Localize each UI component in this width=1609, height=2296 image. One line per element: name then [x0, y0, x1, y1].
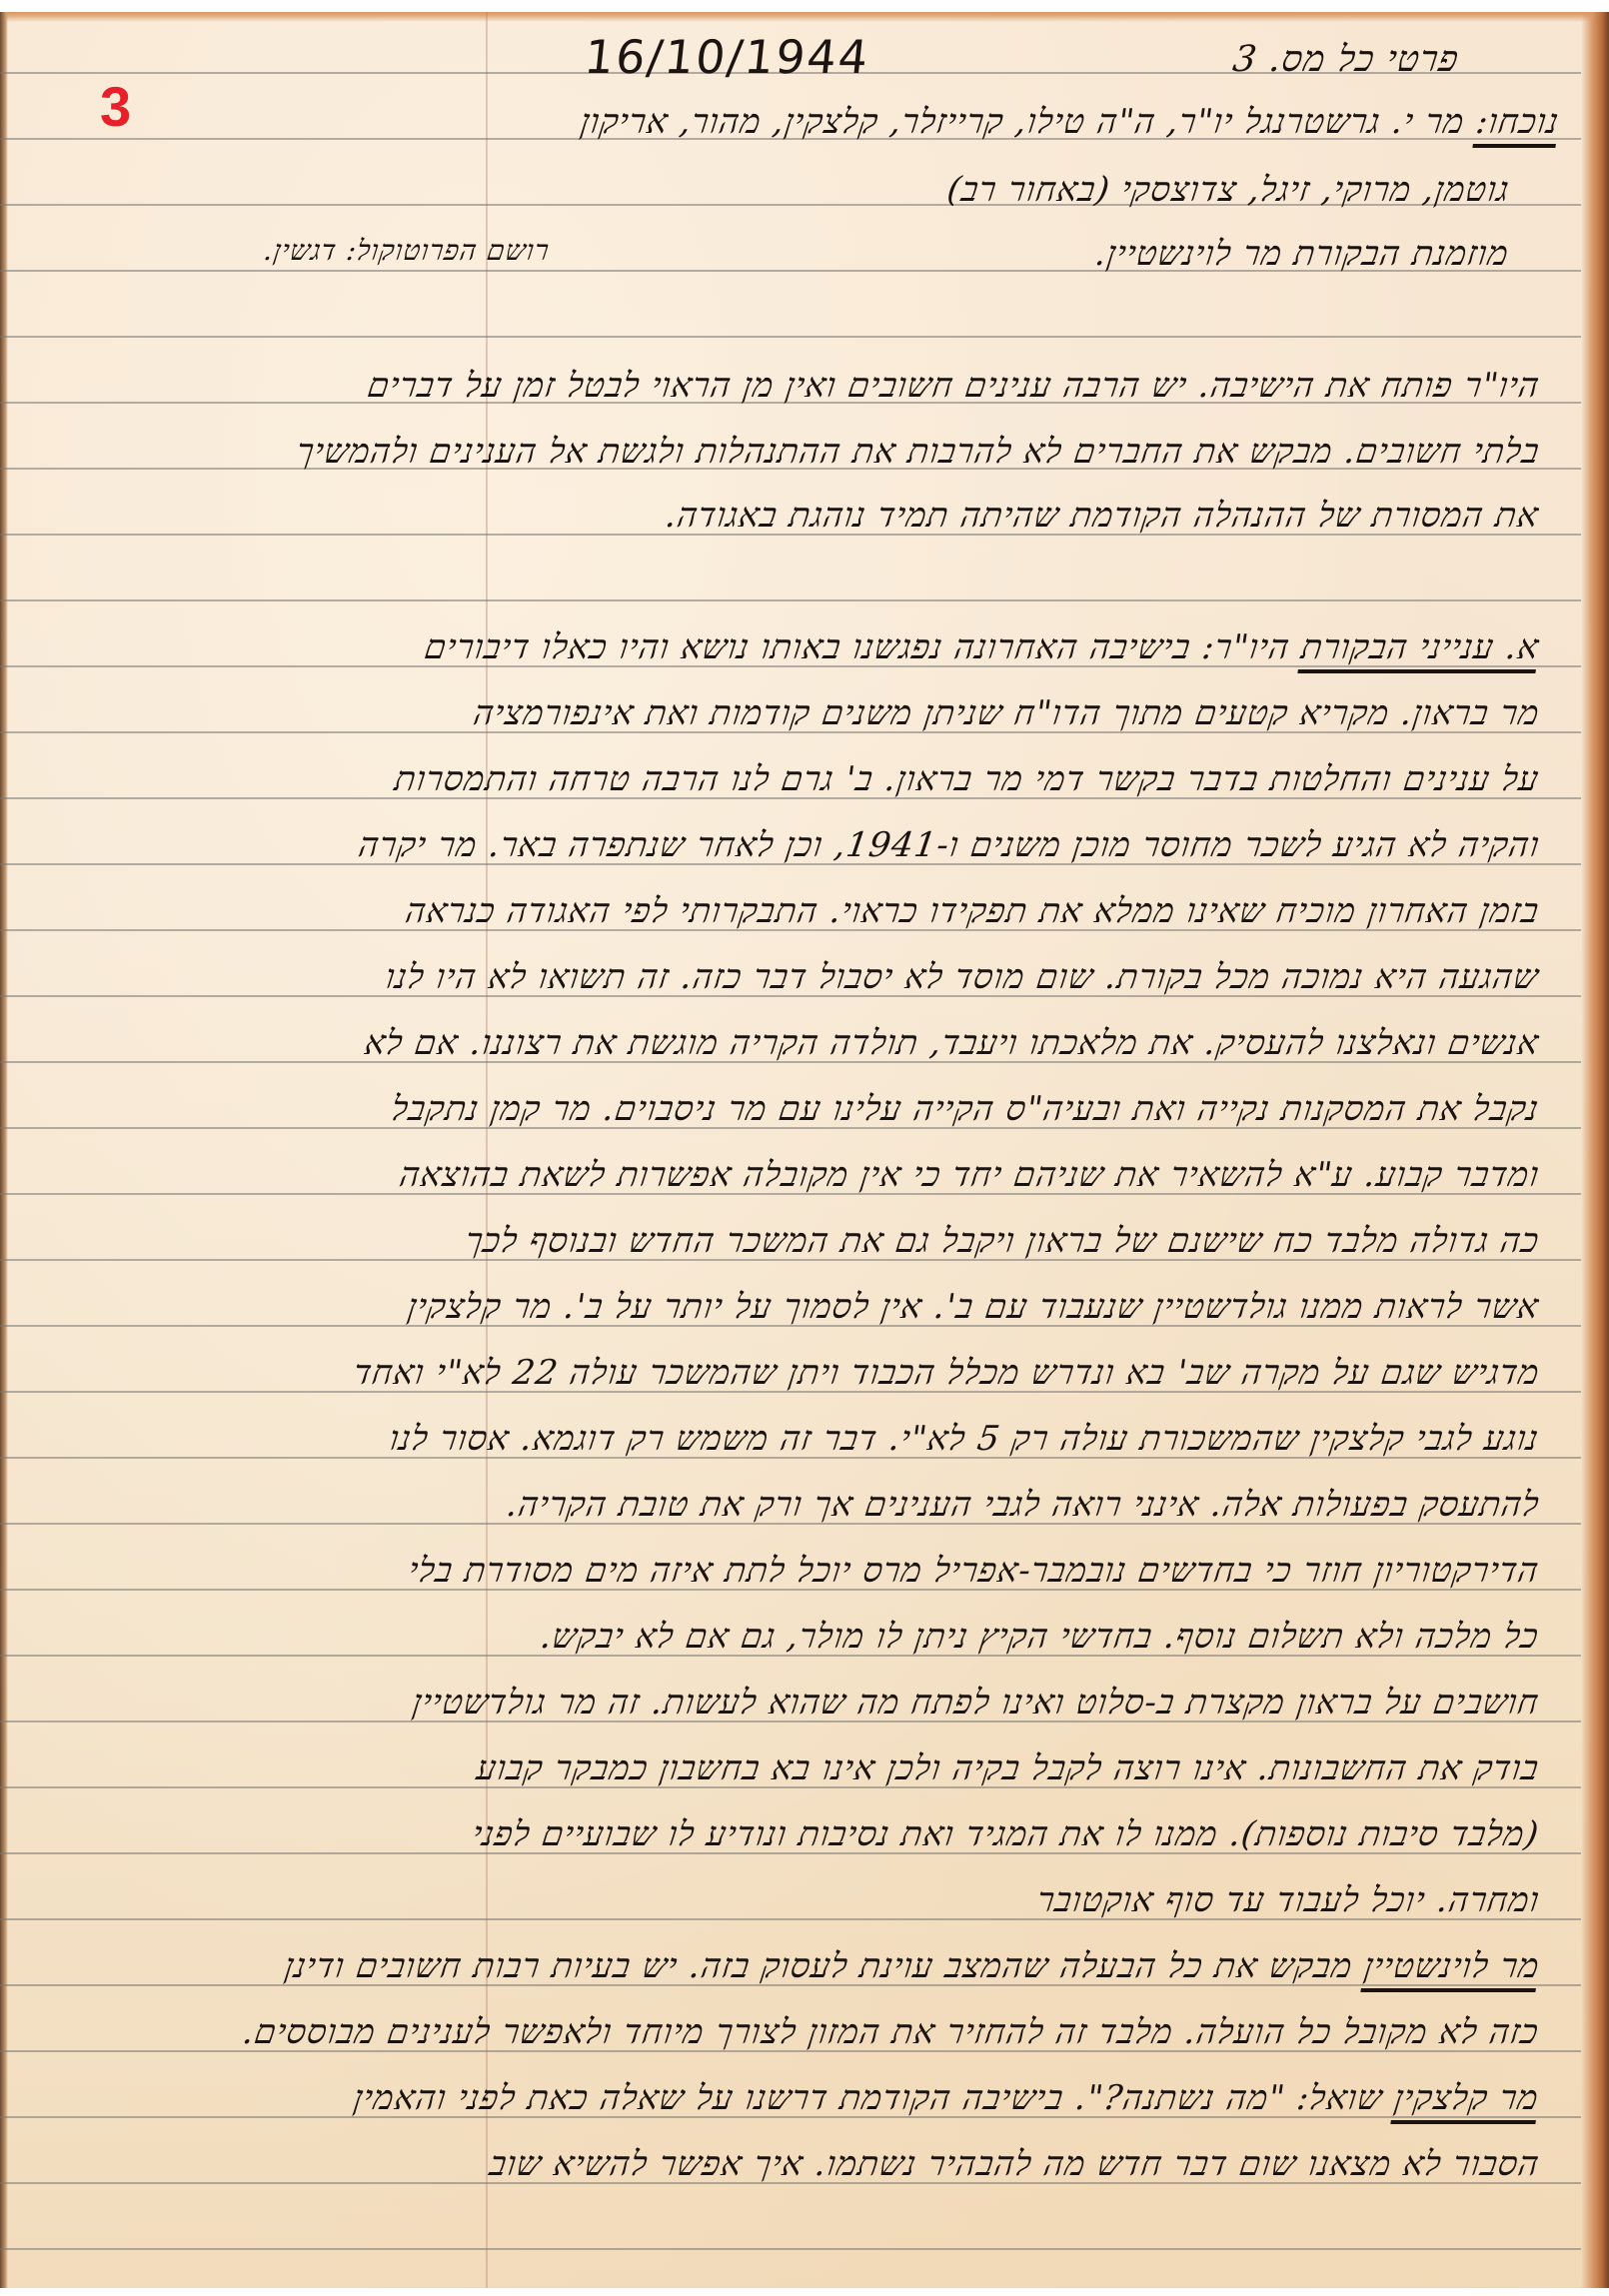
closing-line: מר לוינשטיין מבקש את כל הבעלה שהמצב עוינ…	[282, 1946, 1542, 1986]
recorder-signature: רושם הפרוטוקול: דגשין.	[262, 234, 552, 268]
ruled-line	[0, 599, 1581, 601]
opening-line: בלתי חשובים. מבקש את החברים לא להרבות את…	[294, 432, 1542, 472]
speaker-name: מר לוינשטיין	[1360, 1946, 1542, 1992]
section-a-line: מר בראון. מקריא קטעים מתוך הדו"ח שניתן מ…	[471, 693, 1542, 733]
section-a-line: היו"ר: בישיבה האחרונה נפגשנו באותו נושא …	[422, 627, 1292, 667]
section-a-line: ומחרה. יוכל לעבוד עד סוף אוקטובר	[1034, 1880, 1542, 1920]
notebook-page: 3 16/10/1944 פרטי כל מס. 3 נוכחו: מר י. …	[0, 12, 1609, 2288]
section-a-heading: א. ענייני הבקורת	[1298, 627, 1542, 673]
closing-text: שואל: "מה נשתנה?". בישיבה הקודמת דרשנו ע…	[352, 2078, 1386, 2118]
ruled-line	[0, 2248, 1581, 2250]
closing-line: כזה לא מקובל כל הועלה. מלבד זה להחזיר את…	[241, 2012, 1542, 2052]
section-a-line: נקבל את המסקנות נקייה ואת ובעיה"ס הקייה …	[389, 1089, 1541, 1129]
opening-line: את המסורת של ההנהלה הקודמת שהיתה תמיד נו…	[664, 496, 1542, 536]
section-a-line: (מלבד סיבות נוספות). ממנו לו את המגיד וא…	[470, 1814, 1542, 1854]
page-right-edge	[1581, 12, 1609, 2288]
page-top-edge	[0, 12, 1609, 22]
section-a-line: אשר לראות ממנו גולדשטיין שנעבוד עם ב'. א…	[406, 1287, 1542, 1327]
section-a-line: על ענינים והחלטות בדבר בקשר דמי מר בראון…	[392, 759, 1542, 799]
section-a-line: להתעסק בפעולות אלה. אינני רואה לגבי העני…	[504, 1485, 1542, 1525]
attendees-names-1: מר י. גרשטרנגל יו"ר, ה"ה טילו, קרייזלר, …	[578, 102, 1467, 142]
section-a-line: כה גדולה מלבד כח שישנם של בראון ויקבל גם…	[463, 1221, 1542, 1261]
section-a-line: אנשים ונאלצנו להעסיק. את מלאכתו ויעבד, ת…	[362, 1023, 1541, 1063]
section-a-line: בזמן האחרון מוכיח שאינו ממלא את תפקידו כ…	[403, 891, 1542, 931]
page-binding-edge	[0, 12, 8, 2288]
section-a-first-line: א. ענייני הבקורת היו"ר: בישיבה האחרונה נ…	[422, 627, 1542, 667]
speaker-name: מר קלצקין	[1391, 2078, 1542, 2124]
closing-line: הסבור לא מצאנו שום דבר חדש מה להבהיר נשת…	[487, 2144, 1542, 2184]
ruled-line	[0, 336, 1581, 338]
section-a-line: בודק את החשבונות. אינו רוצה לקבל בקיה ול…	[474, 1748, 1541, 1788]
section-a-line: שהגעה היא נמוכה מכל בקורת. שום מוסד לא י…	[384, 957, 1542, 997]
section-a-line: והקיה לא הגיע לשכר מחוסר מוכן משנים ו-19…	[356, 825, 1542, 865]
section-a-line: מדגיש שגם על מקרה שב' בא ונדרש מכלל הכבו…	[351, 1353, 1542, 1393]
section-a-line: חושבים על בראון מקצרת ב-סלוט ואינו לפתח …	[410, 1683, 1541, 1722]
document-title: פרטי כל מס. 3	[1230, 38, 1462, 80]
section-a-line: הדירקטוריון חוזר כי בחדשים נובמבר-אפריל …	[406, 1551, 1542, 1591]
closing-text: מבקש את כל הבעלה שהמצב עוינת לעסוק בזה. …	[282, 1946, 1355, 1986]
section-a-line: כל מלכה ולא תשלום נוסף. בחדשי הקיץ ניתן …	[539, 1617, 1542, 1657]
section-a-line: ומדבר קבוע. ע"א להשאיר את שניהם יחד כי א…	[397, 1155, 1542, 1195]
page-number: 3	[100, 74, 131, 139]
attendees-line-2: גוטמן, מרוקי, זיגל, צדוצסקי (באחור רב)	[944, 170, 1512, 210]
closing-line: מר קלצקין שואל: "מה נשתנה?". בישיבה הקוד…	[352, 2078, 1542, 2118]
secretary-line: מוזמנת הבקורת מר לוינשטיין.	[1093, 234, 1512, 274]
section-a-line: נוגע לגבי קלצקין שהמשכורת עולה רק 5 לא"י…	[388, 1419, 1542, 1459]
attendees-line-1: נוכחו: מר י. גרשטרנגל יו"ר, ה"ה טילו, קר…	[578, 102, 1561, 142]
attendees-label: נוכחו:	[1473, 102, 1562, 148]
document-date: 16/10/1944	[582, 30, 872, 84]
opening-line: היו"ר פותח את הישיבה. יש הרבה ענינים חשו…	[365, 366, 1542, 406]
